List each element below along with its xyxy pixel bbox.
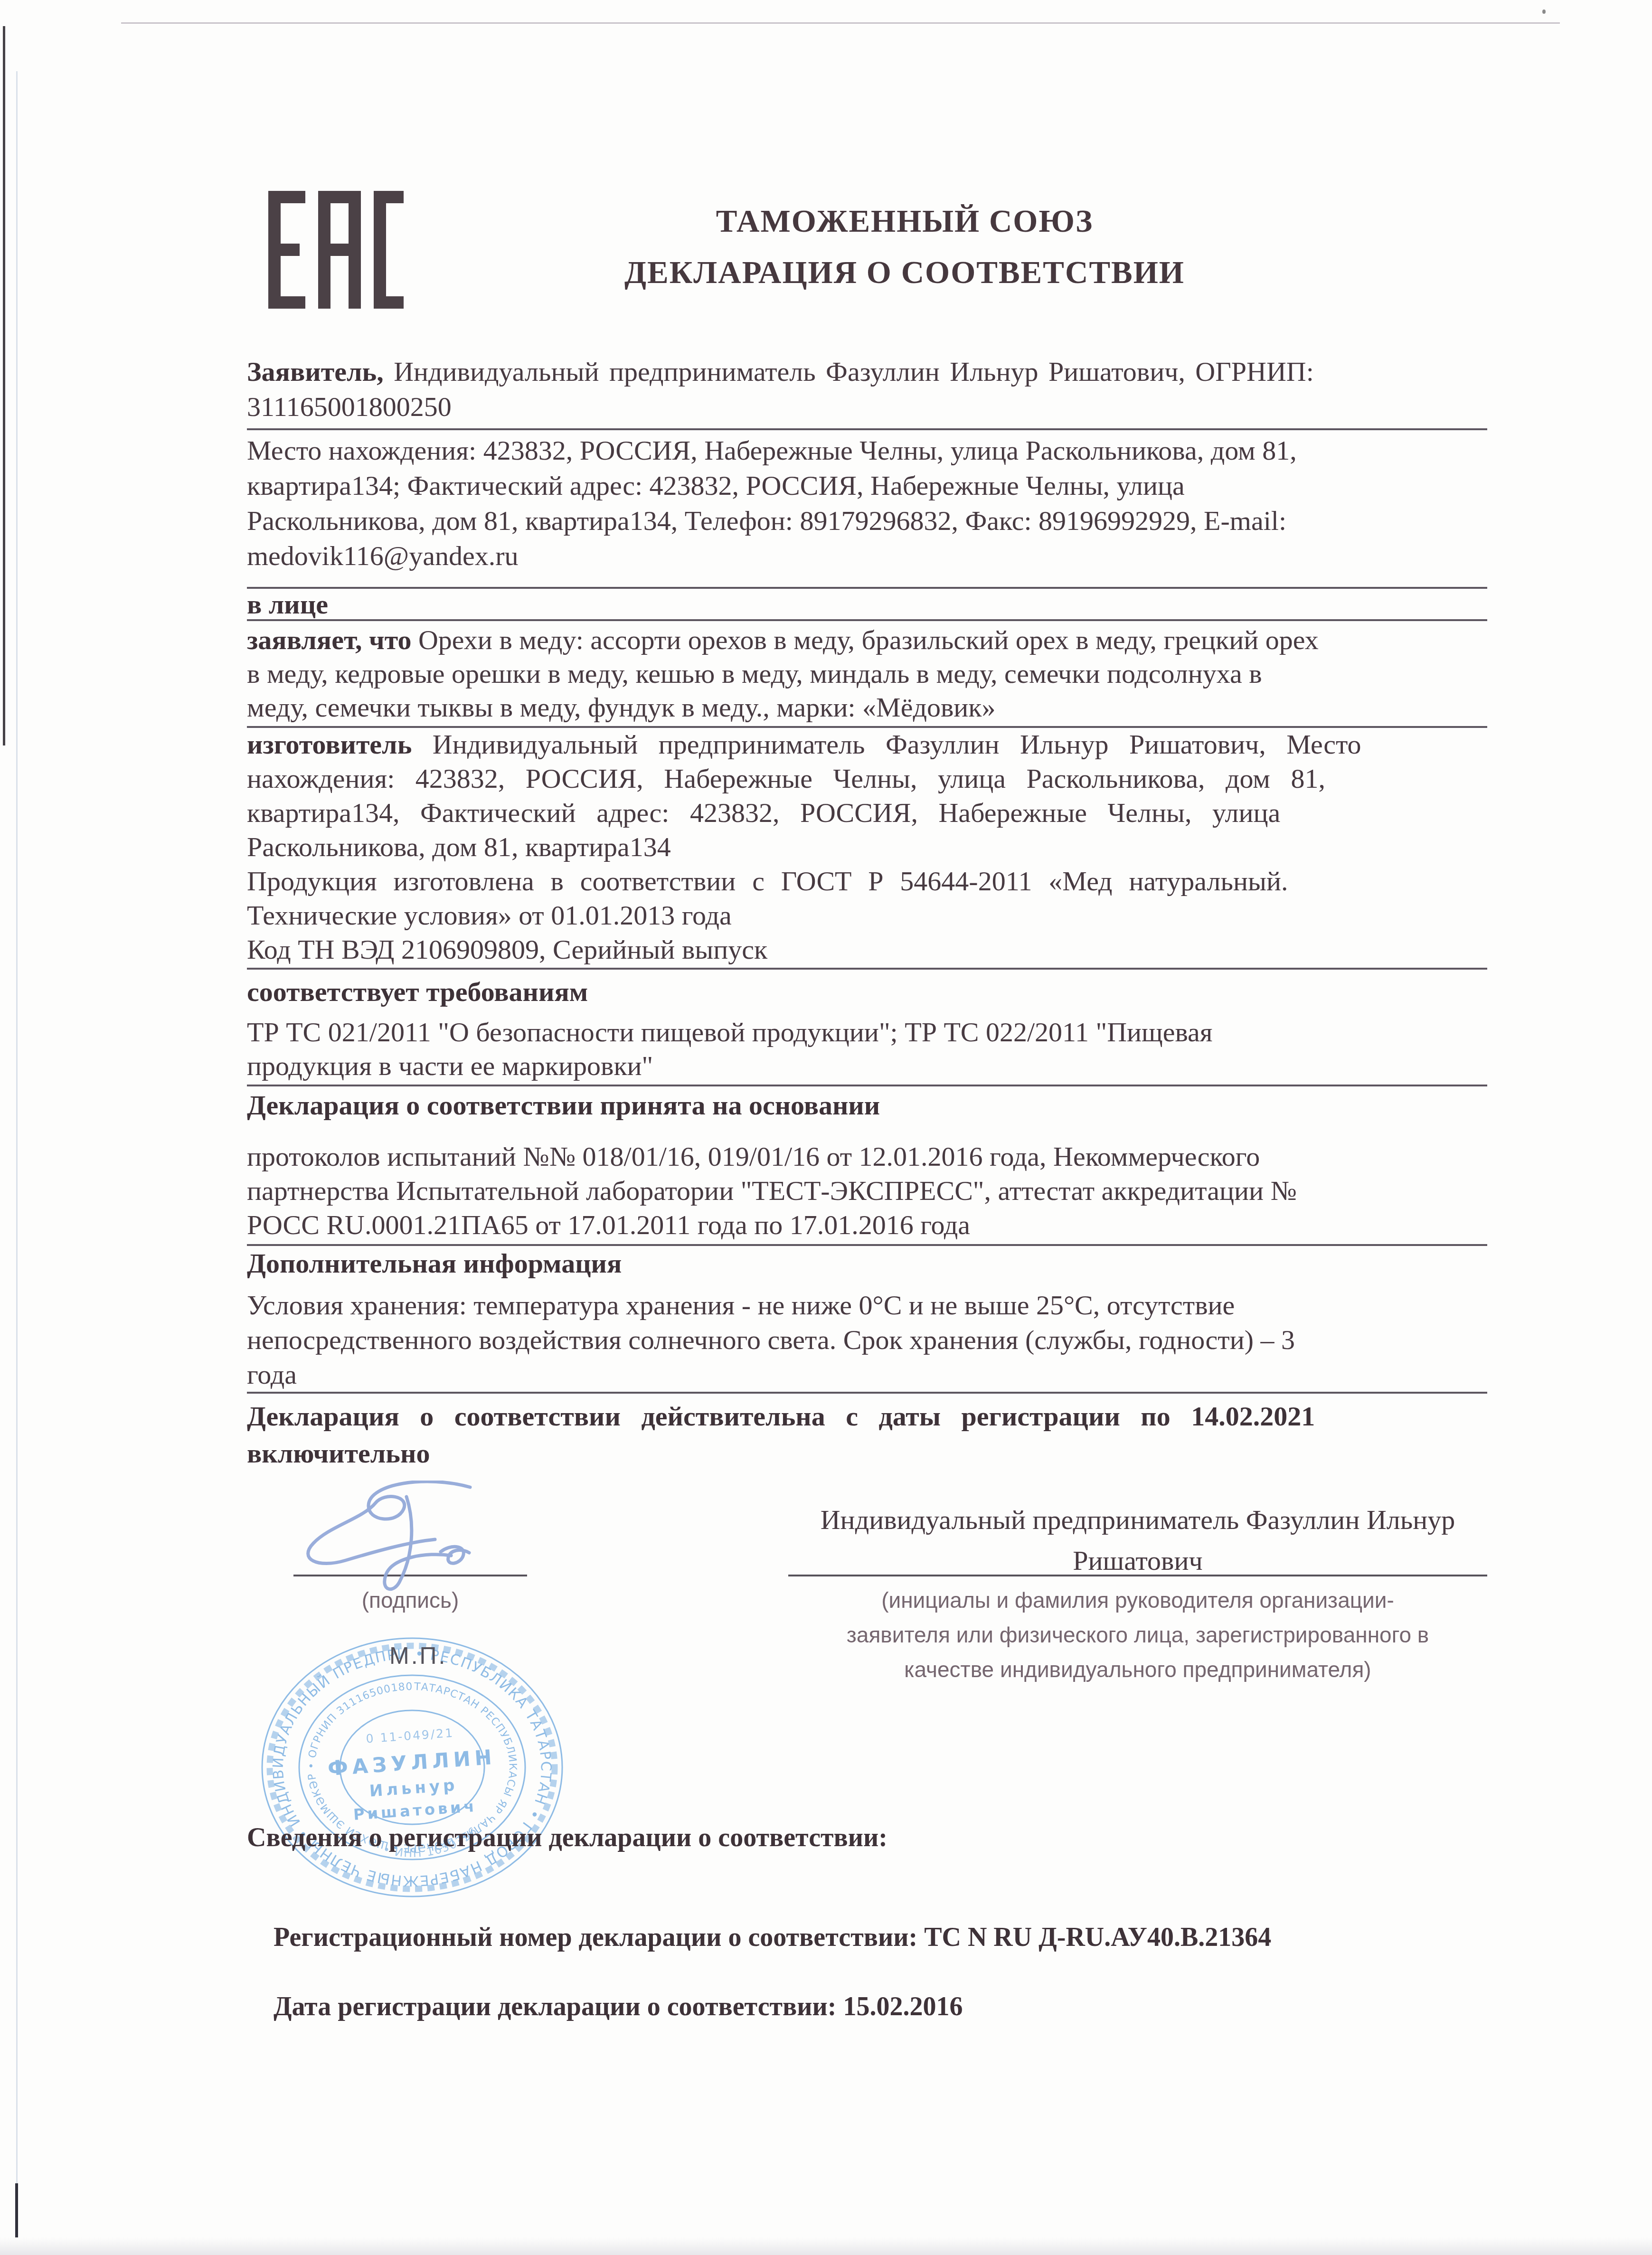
- text-line: в лице: [247, 591, 1487, 618]
- text-line: протоколов испытаний №№ 018/01/16, 019/0…: [247, 1140, 1487, 1174]
- text-line: Заявитель, Индивидуальный предпринимател…: [247, 354, 1487, 389]
- registration-date-label: Дата регистрации декларации о соответств…: [274, 1992, 836, 2021]
- scan-left-edge-light-line: [16, 71, 18, 2184]
- row-regulations: ТР ТС 021/2011 "О безопасности пищевой п…: [247, 1015, 1487, 1086]
- text-line: РОСС RU.0001.21ПА65 от 17.01.2011 года п…: [247, 1208, 1487, 1242]
- text-line: заявителя или физического лица, зарегист…: [788, 1618, 1487, 1652]
- applicant-label: Заявитель,: [247, 356, 384, 387]
- registration-number-value: ТС N RU Д-RU.АУ40.В.21364: [917, 1923, 1271, 1952]
- text-line: в меду, кедровые орешки в меду, кешью в …: [247, 657, 1487, 690]
- registration-date-line: Дата регистрации декларации о соответств…: [247, 1961, 1487, 2052]
- applicant-text: Индивидуальный предприниматель Фазуллин …: [384, 356, 1314, 387]
- scanned-declaration-page: ТАМОЖЕННЫЙ СОЮЗ ДЕКЛАРАЦИЯ О СООТВЕТСТВИ…: [0, 0, 1652, 2255]
- row-in-person: в лице: [247, 591, 1487, 621]
- scan-left-edge-dark-line: [3, 26, 5, 745]
- row-manufacturer: изготовитель Индивидуальный предпринимат…: [247, 727, 1487, 970]
- title-line-2: ДЕКЛАРАЦИЯ О СООТВЕТСТВИИ: [408, 247, 1401, 298]
- text-line: Дополнительная информация: [247, 1248, 1487, 1279]
- signatory-name: Индивидуальный предприниматель Фазуллин …: [788, 1500, 1487, 1581]
- row-additional-heading: Дополнительная информация: [247, 1248, 1487, 1279]
- text-line: 311165001800250: [247, 389, 1487, 425]
- declares-text: Орехи в меду: ассорти орехов в меду, бра…: [411, 624, 1318, 655]
- row-location: Место нахождения: 423832, РОССИЯ, Набере…: [247, 433, 1487, 589]
- row-additional-text: Условия хранения: температура хранения -…: [247, 1288, 1487, 1394]
- stamp-name-patronymic: Ришатович: [353, 1797, 478, 1824]
- text-line: (инициалы и фамилия руководителя организ…: [788, 1583, 1487, 1618]
- text-line: Раскольникова, дом 81, квартира134, Теле…: [247, 503, 1487, 538]
- row-declares: заявляет, что Орехи в меду: ассорти орех…: [247, 623, 1487, 728]
- text-line: квартира134; Фактический адрес: 423832, …: [247, 468, 1487, 503]
- row-applicant: Заявитель, Индивидуальный предпринимател…: [247, 354, 1487, 430]
- row-basis-heading: Декларация о соответствии принята на осн…: [247, 1090, 1487, 1121]
- text-line: Индивидуальный предприниматель Фазуллин …: [788, 1500, 1487, 1540]
- declares-label: заявляет, что: [247, 624, 411, 655]
- manufacturer-text: Индивидуальный предприниматель Фазуллин …: [412, 729, 1361, 760]
- text-line: включительно: [247, 1435, 1487, 1472]
- stamp-place-label: М.П.: [389, 1642, 447, 1670]
- round-stamp: • РЕСПУБЛИКА ТАТАРСТАН • ГОРОД НАБЕРЕЖНЫ…: [255, 1634, 569, 1905]
- text-line: непосредственного воздействия солнечного…: [247, 1322, 1487, 1357]
- text-line: Код ТН ВЭД 2106909809, Серийный выпуск: [247, 933, 1487, 967]
- text-line: medovik116@yandex.ru: [247, 538, 1487, 574]
- document-title: ТАМОЖЕННЫЙ СОЮЗ ДЕКЛАРАЦИЯ О СООТВЕТСТВИ…: [408, 196, 1401, 298]
- stamp-name-first: Ильнур: [368, 1775, 458, 1801]
- text-line: изготовитель Индивидуальный предпринимат…: [247, 727, 1487, 762]
- manufacturer-label: изготовитель: [247, 729, 412, 760]
- text-line: квартира134, Фактический адрес: 423832, …: [247, 796, 1487, 830]
- registration-number-label: Регистрационный номер декларации о соотв…: [274, 1923, 917, 1952]
- row-complies-heading: соответствует требованиям: [247, 976, 1487, 1008]
- text-line: продукция в части ее маркировки": [247, 1049, 1487, 1083]
- stamp-name-surname: ФАЗУЛЛИН: [327, 1746, 497, 1781]
- scan-bottom-shadow-band: [0, 2237, 1652, 2255]
- eac-logo: [268, 191, 404, 309]
- text-line: Условия хранения: температура хранения -…: [247, 1288, 1487, 1322]
- text-line: Место нахождения: 423832, РОССИЯ, Набере…: [247, 433, 1487, 468]
- registration-heading: Сведения о регистрации декларации о соот…: [247, 1822, 1487, 1853]
- text-line: нахождения: 423832, РОССИЯ, Набережные Ч…: [247, 762, 1487, 796]
- text-line: Раскольникова, дом 81, квартира134: [247, 830, 1487, 864]
- signature-caption-right: (инициалы и фамилия руководителя организ…: [788, 1583, 1487, 1687]
- scan-bottom-left-dark-line: [15, 2183, 18, 2239]
- text-line: меду, семечки тыквы в меду, фундук в мед…: [247, 690, 1487, 724]
- text-line: качестве индивидуального предпринимателя…: [788, 1652, 1487, 1687]
- text-line: Декларация о соответствии принята на осн…: [247, 1090, 1487, 1121]
- stamp-code: 0 11-049/21: [366, 1726, 454, 1746]
- text-line: Декларация о соответствии действительна …: [247, 1398, 1487, 1435]
- row-basis-text: протоколов испытаний №№ 018/01/16, 019/0…: [247, 1140, 1487, 1246]
- title-line-1: ТАМОЖЕННЫЙ СОЮЗ: [408, 196, 1401, 247]
- text-line: партнерства Испытательной лаборатории "Т…: [247, 1174, 1487, 1208]
- registration-date-value: 15.02.2016: [836, 1992, 963, 2021]
- text-line: соответствует требованиям: [247, 976, 1487, 1008]
- text-line: года: [247, 1357, 1487, 1392]
- text-line: Продукция изготовлена в соответствии с Г…: [247, 864, 1487, 898]
- scan-top-right-dot: [1542, 9, 1546, 14]
- text-line: ТР ТС 021/2011 "О безопасности пищевой п…: [247, 1015, 1487, 1049]
- handwritten-signature: [284, 1481, 502, 1595]
- scan-top-edge-line: [121, 22, 1560, 24]
- row-validity: Декларация о соответствии действительна …: [247, 1398, 1487, 1472]
- text-line: Технические условия» от 01.01.2013 года: [247, 898, 1487, 933]
- signature-line-right: [788, 1575, 1487, 1576]
- text-line: заявляет, что Орехи в меду: ассорти орех…: [247, 623, 1487, 657]
